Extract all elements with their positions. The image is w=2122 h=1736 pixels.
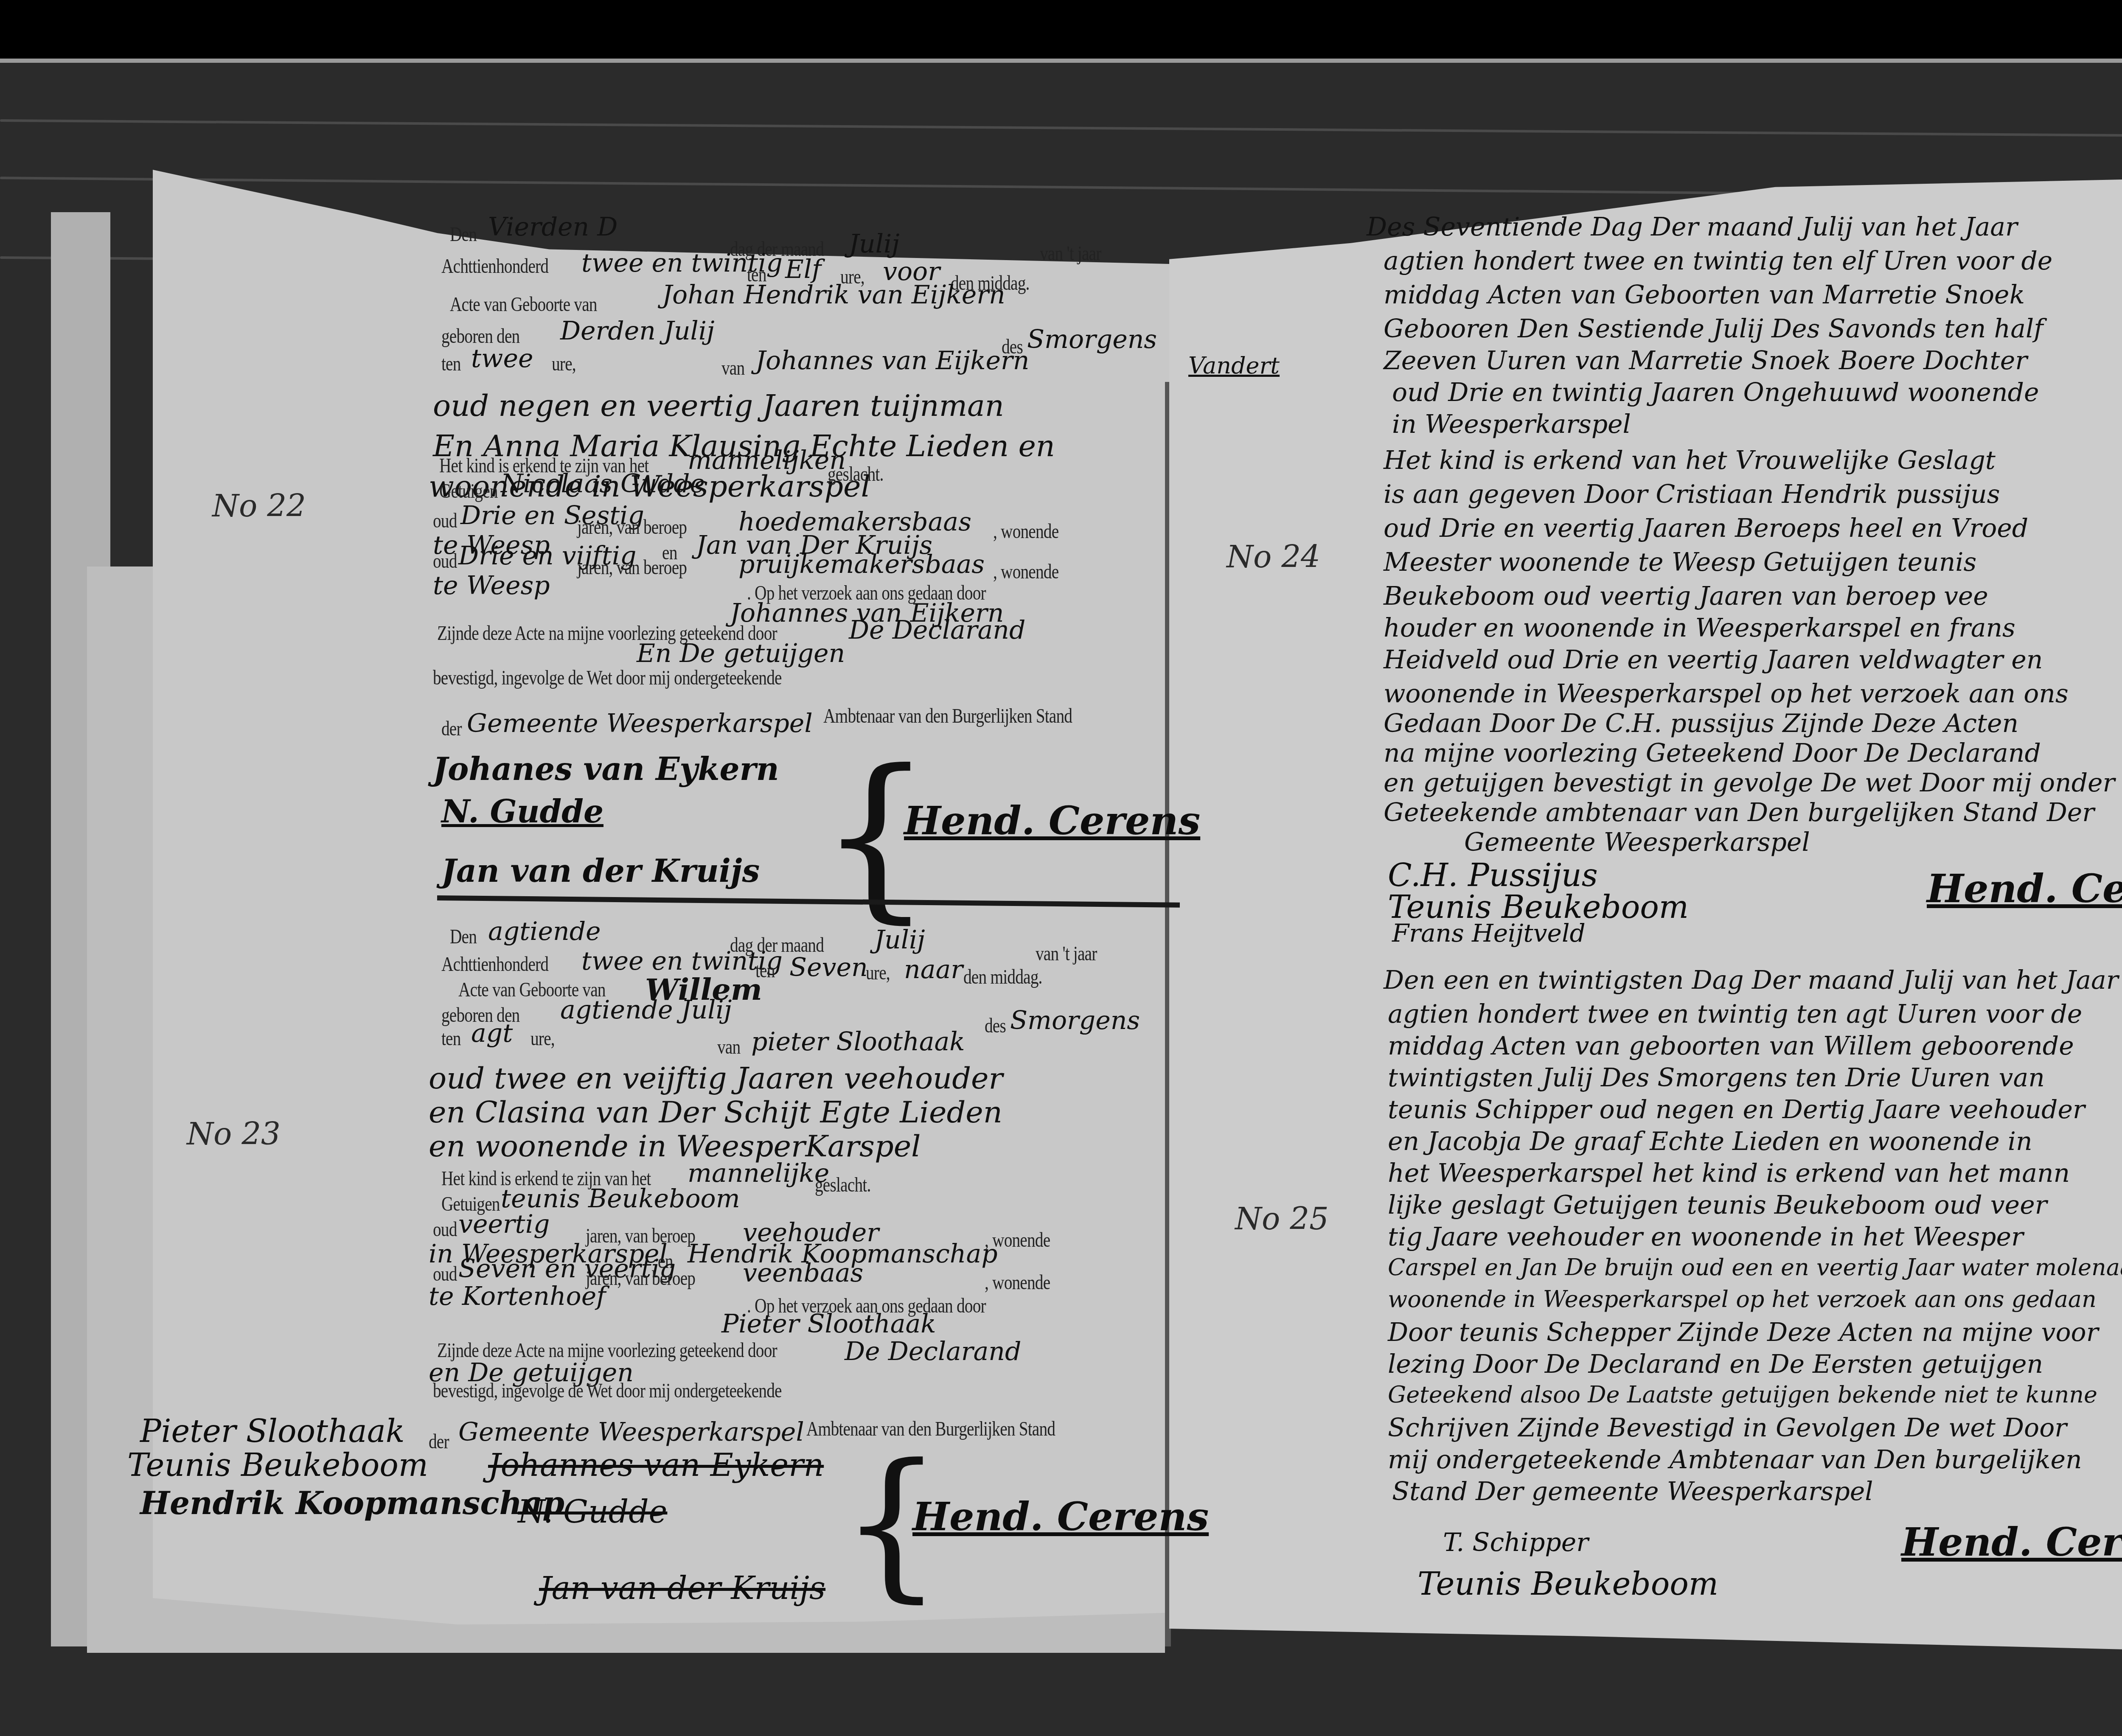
child-name: Johan Hendrik van Eijkern bbox=[662, 280, 1005, 310]
record-line: Meester woonende te Weesp Getuijgen teun… bbox=[1384, 547, 1976, 577]
printed-text: jaren, van beroep bbox=[577, 556, 687, 579]
record-line: Gemeente Weesperkarspel bbox=[1464, 827, 1810, 857]
margin-number: No 22 bbox=[212, 488, 306, 524]
scanner-top-bar bbox=[0, 0, 2122, 59]
record-line: tig Jaare veehouder en woonende in het W… bbox=[1388, 1222, 2024, 1252]
birth-date: agtiende Julij bbox=[560, 995, 732, 1025]
margin-note: Vandert bbox=[1188, 352, 1280, 379]
scanner-top-edge bbox=[0, 59, 2122, 63]
birth-hour: twee bbox=[471, 344, 533, 373]
record-line: Carspel en Jan De bruijn oud een en veer… bbox=[1388, 1254, 2122, 1281]
father-name: pieter Sloothaak bbox=[751, 1027, 965, 1057]
record-line: lezing Door De Declarand en De Eersten g… bbox=[1388, 1349, 2043, 1379]
record-line: oud Drie en twintig Jaaren Ongehuuwd woo… bbox=[1392, 378, 2039, 407]
printed-text: ure, bbox=[552, 352, 576, 376]
witness-2-occupation: veenbaas bbox=[743, 1258, 863, 1288]
printed-text: oud bbox=[433, 1218, 457, 1241]
signature-witness-1: N. Gudde bbox=[441, 794, 603, 830]
witness-2-occupation: pruijkemakersbaas bbox=[738, 550, 985, 579]
record-line: Schrijven Zijnde Bevestigd in Gevolgen D… bbox=[1388, 1413, 2067, 1443]
printed-text: Ambtenaar van den Burgerlijken Stand bbox=[823, 704, 1072, 728]
printed-text: jaren, van beroep bbox=[577, 516, 687, 539]
signed-by: De Declarand bbox=[845, 1337, 1021, 1366]
handwritten-hour: Seven bbox=[789, 953, 868, 982]
record-line: mij ondergeteekende Ambtenaar van Den bu… bbox=[1388, 1445, 2082, 1475]
record-line: Des Seventiende Dag Der maand Julij van … bbox=[1367, 212, 2018, 242]
printed-text: ten bbox=[441, 352, 461, 376]
record-line: lijke geslagt Getuijgen teunis Beukeboom… bbox=[1388, 1190, 2047, 1220]
record-line: Gedaan Door De C.H. pussijus Zijnde Deze… bbox=[1384, 709, 2018, 738]
bed-edge-line bbox=[0, 119, 2122, 138]
printed-text: ure, bbox=[866, 961, 890, 984]
struck-signature: Johannes van Eykern bbox=[488, 1447, 824, 1484]
record-line: Gebooren Den Sestiende Julij Des Savonds… bbox=[1384, 314, 2043, 344]
signature-father: Johanes van Eykern bbox=[433, 751, 779, 788]
signature-registrar: Hend. Cerens bbox=[1901, 1519, 2122, 1565]
record-line: teunis Schipper oud negen en Dertig Jaar… bbox=[1388, 1095, 2085, 1125]
handwritten-day: Vierden D bbox=[488, 212, 618, 242]
record-line: is aan gegeven Door Cristiaan Hendrik pu… bbox=[1384, 480, 2000, 509]
printed-text: van 't jaar bbox=[1036, 942, 1097, 965]
signature-witness-2: Frans Heijtveld bbox=[1392, 919, 1586, 948]
record-line: en getuijgen bevestigt in gevolge De wet… bbox=[1384, 768, 2115, 798]
printed-text: den middag. bbox=[963, 965, 1042, 989]
signature-witness-2: Hendrik Koopmanschap bbox=[140, 1485, 564, 1522]
record-line: Beukeboom oud veertig Jaaren van beroep … bbox=[1384, 581, 1988, 611]
printed-text: des bbox=[985, 1014, 1006, 1038]
record-line: en Jacobja De graaf Echte Lieden en woon… bbox=[1388, 1127, 2032, 1156]
printed-text: der bbox=[429, 1430, 449, 1453]
witness-1-name: Nicolaas Gudde bbox=[501, 469, 705, 499]
record-line: middag Acten van geboorten van Willem ge… bbox=[1388, 1031, 2074, 1061]
record-line: Stand Der gemeente Weesperkarspel bbox=[1392, 1477, 1873, 1506]
time-of-day: Smorgens bbox=[1010, 1006, 1140, 1035]
printed-text: Den bbox=[450, 223, 477, 246]
signed-by: De Declarand bbox=[849, 615, 1025, 645]
record-line: Geteekende ambtenaar van Den burgelijken… bbox=[1384, 798, 2094, 827]
signature-witness-1: Teunis Beukeboom bbox=[127, 1447, 428, 1484]
margin-number: No 24 bbox=[1227, 539, 1320, 575]
struck-signature: Jan van der Kruijs bbox=[539, 1570, 825, 1607]
signature-registrar: Hend. Cerens bbox=[912, 1494, 1209, 1540]
record-line: woonende in Weesperkarspel op het verzoe… bbox=[1384, 679, 2069, 709]
margin-number: No 25 bbox=[1235, 1201, 1329, 1237]
record-line: het Weesperkarspel het kind is erkend va… bbox=[1388, 1158, 2070, 1188]
signature-father: Pieter Sloothaak bbox=[140, 1413, 405, 1450]
record-line: in Weesperkarspel bbox=[1392, 409, 1631, 439]
record-line: agtien hondert twee en twintig ten agt U… bbox=[1388, 999, 2082, 1029]
struck-signature: N. Gudde bbox=[518, 1494, 667, 1530]
signature-witness-2: Jan van der Kruijs bbox=[441, 853, 760, 889]
record-line: Heidveld oud Drie en veertig Jaaren veld… bbox=[1384, 645, 2043, 675]
witness-1-age: veertig bbox=[458, 1209, 550, 1239]
handwritten-month: Julij bbox=[874, 925, 925, 955]
signature-witness-1: Teunis Beukeboom bbox=[1417, 1566, 1718, 1602]
birth-hour: agt bbox=[471, 1018, 513, 1048]
signature-declarant: C.H. Pussijus bbox=[1388, 857, 1598, 894]
record-line: Door teunis Schepper Zijnde Deze Acten n… bbox=[1388, 1318, 2098, 1347]
municipality: Gemeente Weesperkarspel bbox=[467, 709, 813, 738]
record-line: twintigsten Julij Des Smorgens ten Drie … bbox=[1388, 1063, 2045, 1093]
record-line: na mijne voorlezing Geteekend Door De De… bbox=[1384, 738, 2041, 768]
printed-text: Achttienhonderd bbox=[441, 953, 548, 976]
birth-date: Derden Julij bbox=[560, 316, 715, 346]
printed-text: ten bbox=[441, 1027, 461, 1050]
signature-registrar: Hend. Cerens bbox=[904, 798, 1200, 844]
printed-text: der bbox=[441, 717, 462, 740]
margin-number: No 23 bbox=[187, 1116, 281, 1152]
record-line: Geteekend alsoo De Laatste getuijgen bek… bbox=[1388, 1381, 2097, 1408]
printed-text: , wonende bbox=[985, 1271, 1050, 1294]
residence: en woonende in WeesperKarspel bbox=[429, 1129, 921, 1164]
record-line: Zeeven Uuren van Marretie Snoek Boere Do… bbox=[1384, 346, 2027, 376]
record-line: woonende in Weesperkarspel op het verzoe… bbox=[1388, 1286, 2097, 1313]
printed-text: bevestigd, ingevolge de Wet door mij ond… bbox=[433, 666, 782, 690]
printed-text: van bbox=[717, 1035, 740, 1059]
handwritten-month: Julij bbox=[849, 229, 900, 259]
printed-text: geslacht. bbox=[815, 1173, 870, 1197]
printed-text: van 't jaar bbox=[1040, 242, 1101, 265]
printed-text: oud bbox=[433, 550, 457, 573]
witness-2-residence: te Weesp bbox=[433, 571, 550, 600]
handwritten-day: agtiende bbox=[488, 917, 601, 946]
record-line: middag Acten van Geboorten van Marretie … bbox=[1384, 280, 2025, 310]
declarant-name: Pieter Sloothaak bbox=[721, 1309, 936, 1339]
printed-text: van bbox=[721, 356, 744, 380]
printed-text: ure, bbox=[530, 1027, 555, 1050]
record-line: Het kind is erkend van het Vrouwelijke G… bbox=[1384, 446, 1996, 475]
printed-text: geslacht. bbox=[828, 463, 883, 486]
printed-text: oud bbox=[433, 509, 457, 533]
printed-text: Getuigen bbox=[439, 480, 498, 503]
signature-registrar: Hend. Cerens bbox=[1927, 866, 2122, 911]
witness-2-residence: te Kortenhoef bbox=[429, 1282, 606, 1311]
father-details: oud negen en veertig Jaaren tuijnman bbox=[433, 388, 1004, 423]
record-line: houder en woonende in Weesperkarspel en … bbox=[1384, 613, 2015, 643]
child-sex: mannelijken bbox=[688, 446, 846, 475]
father-name: Johannes van Eijkern bbox=[755, 346, 1029, 376]
record-line: agtien hondert twee en twintig ten elf U… bbox=[1384, 246, 2052, 276]
mother-details: en Clasina van Der Schijt Egte Lieden bbox=[429, 1095, 1002, 1130]
signature-father: T. Schipper bbox=[1443, 1528, 1589, 1557]
printed-text: Den bbox=[450, 925, 477, 948]
handwritten-ampm: naar bbox=[904, 955, 963, 984]
municipality: Gemeente Weesperkarspel bbox=[458, 1417, 804, 1447]
printed-text: bevestigd, ingevolge de Wet door mij ond… bbox=[433, 1379, 782, 1402]
signed-by-witnesses: En De getuijgen bbox=[637, 639, 845, 668]
record-line: oud Drie en veertig Jaaren Beroeps heel … bbox=[1384, 513, 2028, 543]
printed-text: Acte van Geboorte van bbox=[450, 293, 597, 316]
record-line: Den een en twintigsten Dag Der maand Jul… bbox=[1384, 965, 2118, 995]
father-details: oud twee en veijftig Jaaren veehouder bbox=[429, 1061, 1003, 1096]
time-of-day: Smorgens bbox=[1027, 325, 1157, 354]
printed-text: , wonende bbox=[993, 520, 1058, 543]
printed-text: Achttienhonderd bbox=[441, 255, 548, 278]
printed-text: , wonende bbox=[993, 560, 1058, 583]
